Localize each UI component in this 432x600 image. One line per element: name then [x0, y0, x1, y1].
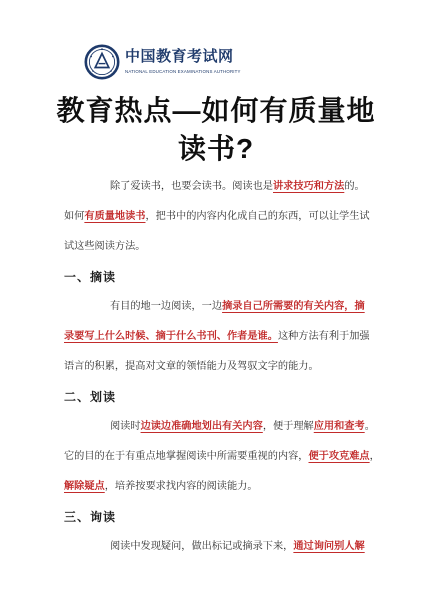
- text-line: 阅读中发现疑问，做出标记或摘录下来，通过询问别人解: [64, 532, 368, 562]
- highlighted-text: 应用和查考: [314, 421, 365, 432]
- text-line: 阅读时边读边准确地划出有关内容，便于理解应用和查考。: [64, 412, 368, 442]
- logo-name: 中国教育考试网: [125, 48, 335, 66]
- body-text: ，把书中的内容内化成自己的东西，可以让学生试: [146, 211, 370, 222]
- section-heading: 一、摘读: [64, 262, 368, 292]
- body-text: 如何: [64, 211, 84, 222]
- body-text: 除了爱读书，也要会读书。阅读也是: [110, 181, 273, 192]
- section-heading: 二、划读: [64, 382, 368, 412]
- body-text: 的。: [344, 181, 364, 192]
- body-text: 它的目的在于有重点地掌握阅读中所需要重视的内容，: [64, 451, 309, 462]
- neea-seal-icon: [84, 44, 120, 80]
- paragraph: 阅读中发现疑问，做出标记或摘录下来，通过询问别人解: [64, 532, 368, 562]
- body-text: 试这些阅读方法。: [64, 241, 146, 252]
- document-page: 中国教育考试网 NATIONAL EDUCATION EXAMINATIONS …: [0, 0, 432, 600]
- highlighted-text: 便于攻克难点: [309, 451, 370, 462]
- site-logo: 中国教育考试网 NATIONAL EDUCATION EXAMINATIONS …: [84, 44, 432, 80]
- body-text: ，培养按要求找内容的阅读能力。: [105, 481, 258, 492]
- logo-text: 中国教育考试网 NATIONAL EDUCATION EXAMINATIONS …: [125, 48, 335, 76]
- text-line: 它的目的在于有重点地掌握阅读中所需要重视的内容，便于攻克难点，: [64, 442, 368, 472]
- highlighted-text: 有质量地读书: [84, 211, 145, 222]
- highlighted-text: 边读边准确地划出有关内容: [141, 421, 263, 432]
- highlighted-text: 录要写上什么时候、摘于什么书刊、作者是谁。: [64, 331, 278, 342]
- text-line: 录要写上什么时候、摘于什么书刊、作者是谁。这种方法有利于加强: [64, 322, 368, 352]
- body-text: ，: [370, 451, 380, 462]
- text-line: 试这些阅读方法。: [64, 232, 368, 262]
- text-line: 除了爱读书，也要会读书。阅读也是讲求技巧和方法的。: [64, 172, 368, 202]
- paragraph: 有目的地一边阅读，一边摘录自己所需要的有关内容，摘录要写上什么时候、摘于什么书刊…: [64, 292, 368, 382]
- logo-subtitle: NATIONAL EDUCATION EXAMINATIONS AUTHORIT…: [125, 69, 241, 74]
- text-line: 语言的积累，提高对文章的领悟能力及驾驭文字的能力。: [64, 352, 368, 382]
- highlighted-text: 摘录自己所需要的有关内容，摘: [222, 301, 365, 312]
- text-line: 如何有质量地读书，把书中的内容内化成自己的东西，可以让学生试: [64, 202, 368, 232]
- text-line: 解除疑点，培养按要求找内容的阅读能力。: [64, 472, 368, 502]
- highlighted-text: 讲求技巧和方法: [273, 181, 344, 192]
- text-line: 有目的地一边阅读，一边摘录自己所需要的有关内容，摘: [64, 292, 368, 322]
- body-text: 阅读中发现疑问，做出标记或摘录下来，: [110, 541, 293, 552]
- body-text: 有目的地一边阅读，一边: [110, 301, 222, 312]
- body-text: 。: [365, 421, 375, 432]
- body-text: 这种方法有利于加强: [278, 331, 370, 342]
- body-text: 语言的积累，提高对文章的领悟能力及驾驭文字的能力。: [64, 361, 319, 372]
- paragraph: 阅读时边读边准确地划出有关内容，便于理解应用和查考。它的目的在于有重点地掌握阅读…: [64, 412, 368, 502]
- highlighted-text: 解除疑点: [64, 481, 105, 492]
- body-text: ，便于理解: [263, 421, 314, 432]
- body-text: 阅读时: [110, 421, 141, 432]
- title-line-1: 教育热点—如何有质量地: [0, 92, 432, 130]
- highlighted-text: 通过询问别人解: [293, 541, 364, 552]
- paragraph: 除了爱读书，也要会读书。阅读也是讲求技巧和方法的。如何有质量地读书，把书中的内容…: [64, 172, 368, 262]
- title-line-2: 读书?: [0, 130, 432, 168]
- article-body: 除了爱读书，也要会读书。阅读也是讲求技巧和方法的。如何有质量地读书，把书中的内容…: [0, 172, 432, 562]
- section-heading: 三、询读: [64, 502, 368, 532]
- article-title: 教育热点—如何有质量地 读书?: [0, 92, 432, 168]
